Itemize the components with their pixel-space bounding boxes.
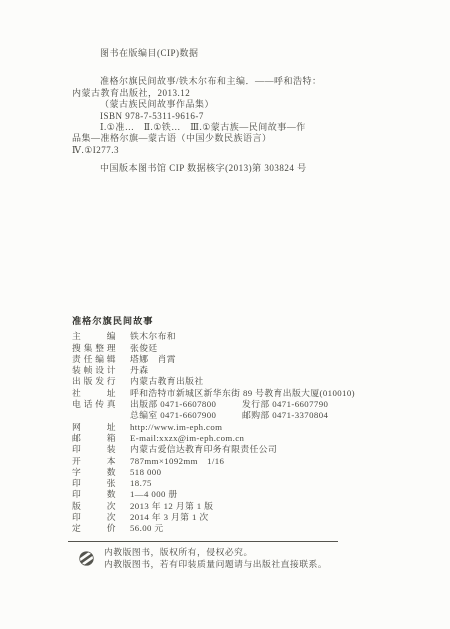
row-label: 社址 <box>72 388 116 399</box>
row-label: 网址 <box>72 422 116 433</box>
row-value: 铁木尔布和 <box>130 331 176 342</box>
row-label: 搜集整理 <box>72 343 116 354</box>
row-label: 责任编辑 <box>72 354 116 365</box>
row-value-price: 56.00 元 <box>130 523 164 534</box>
row-label: 邮箱 <box>72 433 116 444</box>
copyright-notice: 内教版图书，版权所有，侵权必究。 内教版图书，若有印装质量问题请与出版社直接联系… <box>78 546 408 571</box>
colophon-row-responsible-editor: 责任编辑 塔娜 肖霄 <box>72 354 412 365</box>
row-value: 张俊廷 <box>130 343 158 354</box>
row-value: 518 000 <box>130 467 161 478</box>
colophon-row-email: 邮箱 E-mail:xxzx@im-eph.com.cn <box>72 433 412 444</box>
cip-isbn-line: ISBN 978-7-5311-9616-7 <box>72 111 402 122</box>
row-value-distribution-dept: 发行部 0471-6607790 <box>242 399 328 410</box>
row-value: 1—4 000 册 <box>130 489 178 500</box>
row-label: 印张 <box>72 478 116 489</box>
row-value-email: E-mail:xxzx@im-eph.com.cn <box>130 433 244 444</box>
row-value: 丹森 <box>130 365 148 376</box>
row-value-url: http://www.im-eph.com <box>130 422 222 433</box>
notice-line-copyright: 内教版图书，版权所有，侵权必究。 <box>104 546 327 558</box>
row-label: 电话传真 <box>72 399 116 410</box>
row-label: 印数 <box>72 489 116 500</box>
row-label: 定价 <box>72 523 116 534</box>
colophon-row-collector: 搜集整理 张俊廷 <box>72 343 412 354</box>
row-value: 内蒙古爱信达教育印务有限责任公司 <box>130 444 277 455</box>
row-label <box>72 410 116 421</box>
row-value: 18.75 <box>130 478 152 489</box>
row-label: 出版发行 <box>72 376 116 387</box>
row-value-publishing-dept: 出版部 0471-6607800 <box>130 399 242 410</box>
row-label: 装帧设计 <box>72 365 116 376</box>
colophon-row-sheets: 印张 18.75 <box>72 478 412 489</box>
row-value: 787mm×1092mm 1/16 <box>130 456 224 467</box>
colophon-row-phone-fax-2: 总编室 0471-6607900 邮购部 0471-3370804 <box>72 410 412 421</box>
row-value: 内蒙古教育出版社 <box>130 376 204 387</box>
colophon-row-publisher: 出版发行 内蒙古教育出版社 <box>72 376 412 387</box>
book-copyright-page: 图书在版编目(CIP)数据 准格尔旗民间故事/铁木尔布和主编．——呼和浩特： 内… <box>0 0 450 629</box>
publisher-logo-icon <box>78 550 95 567</box>
row-label: 印次 <box>72 512 116 523</box>
cip-classification-line: Ⅳ.①I277.3 <box>72 145 402 156</box>
row-value-editorial-office: 总编室 0471-6607900 <box>130 410 242 421</box>
row-value: 呼和浩特市新城区新华东街 89 号教育出版大厦(010010) <box>130 388 355 399</box>
row-label: 字数 <box>72 467 116 478</box>
colophon-block: 准格尔旗民间故事 主编 铁木尔布和 搜集整理 张俊廷 责任编辑 塔娜 肖霄 装帧… <box>72 316 412 535</box>
colophon-row-word-count: 字数 518 000 <box>72 467 412 478</box>
cip-line: 内蒙古教育出版社，2013.12 <box>72 88 402 99</box>
cip-record-number: 中国版本图书馆 CIP 数据核字(2013)第 303824 号 <box>72 163 402 174</box>
row-value-mail-order-dept: 邮购部 0471-3370804 <box>242 410 328 421</box>
cip-header: 图书在版编目(CIP)数据 <box>72 48 402 59</box>
colophon-row-design: 装帧设计 丹森 <box>72 365 412 376</box>
colophon-row-price: 定价 56.00 元 <box>72 523 412 534</box>
notice-text: 内教版图书，版权所有，侵权必究。 内教版图书，若有印装质量问题请与出版社直接联系… <box>104 546 327 571</box>
cip-line: （蒙古族民间故事作品集） <box>72 99 402 110</box>
colophon-row-printer: 印装 内蒙古爱信达教育印务有限责任公司 <box>72 444 412 455</box>
row-label: 主编 <box>72 331 116 342</box>
colophon-row-print-run: 印数 1—4 000 册 <box>72 489 412 500</box>
colophon-row-edition: 版次 2013 年 12 月第 1 版 <box>72 501 412 512</box>
colophon-row-impression: 印次 2014 年 3 月第 1 次 <box>72 512 412 523</box>
row-value: 2013 年 12 月第 1 版 <box>130 501 213 512</box>
divider-rule <box>68 541 338 542</box>
colophon-row-phone-fax: 电话传真 出版部 0471-6607800 发行部 0471-6607790 <box>72 399 412 410</box>
cip-line: 准格尔旗民间故事/铁木尔布和主编．——呼和浩特： <box>72 76 402 87</box>
row-value: 塔娜 肖霄 <box>130 354 176 365</box>
notice-line-quality: 内教版图书，若有印装质量问题请与出版社直接联系。 <box>104 558 327 570</box>
row-label: 印装 <box>72 444 116 455</box>
cip-classification-line: Ⅰ.①准… Ⅱ.①铁… Ⅲ.①蒙古族—民间故事—作 <box>72 122 402 133</box>
row-value: 2014 年 3 月第 1 次 <box>130 512 209 523</box>
book-title: 准格尔旗民间故事 <box>72 316 412 327</box>
row-label: 版次 <box>72 501 116 512</box>
cip-block: 图书在版编目(CIP)数据 准格尔旗民间故事/铁木尔布和主编．——呼和浩特： 内… <box>72 48 402 175</box>
cip-classification-line: 品集—准格尔旗—蒙古语（中国少数民族语言） <box>72 133 402 144</box>
colophon-row-address: 社址 呼和浩特市新城区新华东街 89 号教育出版大厦(010010) <box>72 388 412 399</box>
colophon-row-chief-editor: 主编 铁木尔布和 <box>72 331 412 342</box>
colophon-row-website: 网址 http://www.im-eph.com <box>72 422 412 433</box>
colophon-row-format: 开本 787mm×1092mm 1/16 <box>72 456 412 467</box>
row-label: 开本 <box>72 456 116 467</box>
